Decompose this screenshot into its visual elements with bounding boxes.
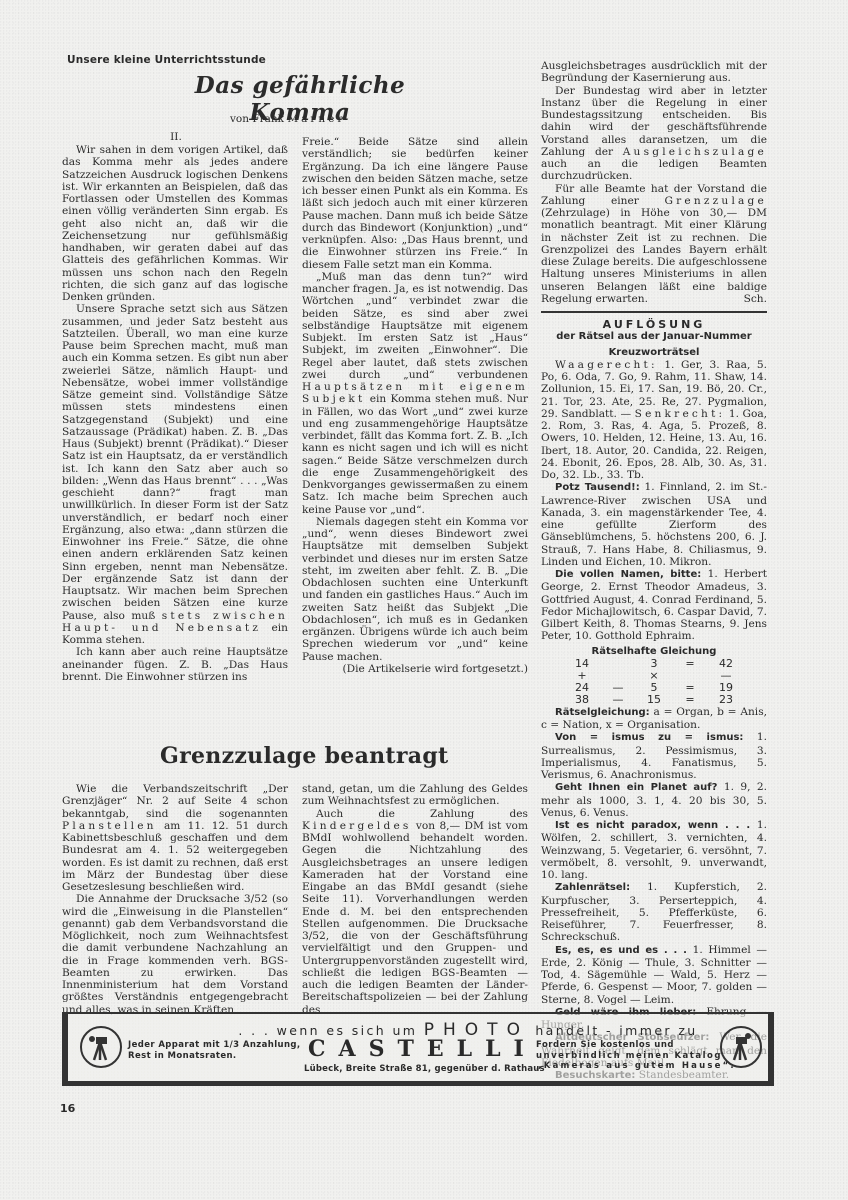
article1-column2: Freie.“ Beide Sätze sind allein verständ…	[302, 136, 528, 675]
column3: Ausgleichsbetrages ausdrücklich mit der …	[541, 60, 767, 1082]
solution-item: Die vollen Namen, bitte: 1. Herbert Geor…	[541, 568, 767, 643]
emphasis-text: Grenzzulage	[664, 195, 767, 207]
equation-title: Rätselhafte Gleichung	[541, 646, 767, 658]
article1-column1: Wir sahen in dem vorigen Artikel, daß da…	[62, 144, 288, 683]
photographer-with-camera-icon	[720, 1026, 762, 1068]
paragraph: Ich kann aber auch reine Hauptsätze anei…	[62, 646, 288, 683]
article2-headline: Grenzzulage beantragt	[160, 743, 449, 769]
paragraph: Die Annahme der Drucksache 3/52 (so wird…	[62, 893, 288, 1016]
solution-item: Es, es, es und es . . . 1. Himmel — Erde…	[541, 944, 767, 1006]
paragraph: „Muß man das denn tun?“ wird mancher fra…	[302, 271, 528, 516]
equation-row: 38—15=23	[541, 694, 767, 706]
ad-address: Lübeck, Breite Straße 81, gegenüber d. R…	[304, 1064, 545, 1074]
solution-item: Von = ismus zu = ismus: 1. Surrealismus,…	[541, 731, 767, 781]
paragraph: Unsere Sprache setzt sich aus Sätzen zus…	[62, 303, 288, 646]
solution-item: Potz Tausend!: 1. Finnland, 2. im St.-La…	[541, 481, 767, 568]
paragraph: stand, getan, um die Zahlung des Geldes …	[302, 783, 528, 808]
solution-item: Ist es nicht paradox, wenn . . . 1. Wölf…	[541, 819, 767, 881]
equation-row: +×—	[541, 670, 767, 682]
solutions-heading: AUFLÖSUNG	[541, 319, 767, 331]
series-note: (Die Artikelserie wird fortgesetzt.)	[302, 663, 528, 675]
byline-surname: Marner	[287, 113, 345, 125]
page-number: 16	[60, 1102, 75, 1115]
ad-payment-terms: Jeder Apparat mit 1/3 Anzahlung, Rest in…	[128, 1040, 301, 1062]
solution-item: Rätselgleichung: a = Organ, b = Anis, c …	[541, 706, 767, 732]
solutions-subheading: der Rätsel aus der Januar-Nummer	[541, 331, 767, 343]
paragraph: Wir sahen in dem vorigen Artikel, daß da…	[62, 144, 288, 303]
paragraph: Ausgleichsbetrages ausdrücklich mit der …	[541, 60, 767, 85]
solution-item: Geht Ihnen ein Planet auf? 1. 9, 2. mehr…	[541, 781, 767, 819]
article2-column1: Wie die Verbandszeitschrift „Der Grenzjä…	[62, 783, 288, 1016]
ad-brand-name: CASTELLI	[308, 1036, 537, 1062]
photographer-with-camera-icon	[80, 1026, 122, 1068]
divider	[541, 311, 767, 313]
paragraph: Auch die Zahlung des Kindergeldes von 8,…	[302, 808, 528, 1016]
byline: von Frank Marner	[230, 113, 345, 125]
paragraph: Freie.“ Beide Sätze sind allein verständ…	[302, 136, 528, 271]
equation-row: 24—5=19	[541, 682, 767, 694]
advertisement-box: . . . wenn es sich um PHOTO handelt - im…	[62, 1012, 774, 1086]
ad-catalog-offer: Fordern Sie kostenlos und unverbindlich …	[536, 1040, 736, 1072]
crossword-solution: Waagerecht: 1. Ger, 3. Raa, 5. Po, 6. Od…	[541, 359, 767, 482]
author-initials: Sch.	[730, 293, 767, 305]
equation-row: 143=42	[541, 658, 767, 670]
part-number: II.	[60, 131, 292, 143]
paragraph: Niemals dagegen steht ein Komma vor „und…	[302, 516, 528, 663]
section-kicker: Unsere kleine Unterrichtsstunde	[67, 54, 266, 66]
solution-item: Zahlenrätsel: 1. Kupferstich, 2. Kurpfus…	[541, 881, 767, 943]
paragraph: Der Bundestag wird aber in letzter Insta…	[541, 85, 767, 183]
byline-prefix: von Frank	[230, 113, 284, 125]
paragraph: Für alle Beamte hat der Vorstand die Zah…	[541, 183, 767, 306]
emphasis-text: Kindergeldes	[302, 820, 412, 832]
crossword-title: Kreuzworträtsel	[541, 347, 767, 359]
paragraph: Wie die Verbandszeitschrift „Der Grenzjä…	[62, 783, 288, 893]
article2-column2: stand, getan, um die Zahlung des Geldes …	[302, 783, 528, 1016]
equation-grid: 143=42 +×— 24—5=19 38—15=23	[541, 658, 767, 706]
emphasis-text: Planstellen	[62, 820, 157, 832]
emphasis-text: Ausgleichszulage	[623, 146, 767, 158]
